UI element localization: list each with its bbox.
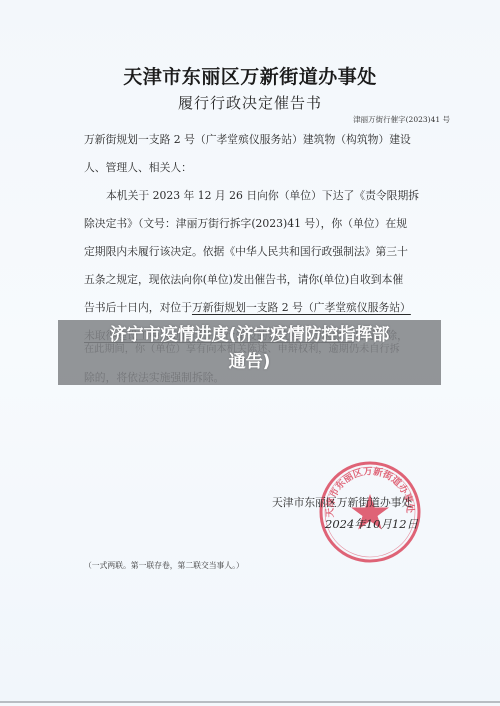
body-line-2: 人、管理人、相关人： xyxy=(84,154,432,182)
headline-overlay-text[interactable]: 济宁市疫情进度(济宁疫情防控指挥部 通告) xyxy=(58,322,441,376)
headline-line-2: 通告) xyxy=(58,349,441,376)
body-line-3: 本机关于 2023 年 12 月 26 日向你（单位）下达了《责令限期拆 xyxy=(84,182,432,210)
signature-organization: 天津市东丽区万新街道办事处 xyxy=(272,495,412,510)
footnote: （一式两联。第一联存卷，第二联交当事人。） xyxy=(84,560,244,571)
headline-line-1: 济宁市疫情进度(济宁疫情防控指挥部 xyxy=(58,322,441,349)
official-seal-icon: 天津市东丽区万新街道办事处 xyxy=(318,460,422,564)
body-line-6: 五条之规定，现依法向你(单位)发出催告书，请你(单位)自收到本催 xyxy=(84,266,432,294)
document-title: 天津市东丽区万新街道办事处 xyxy=(0,62,500,89)
signature-date: 2024年10月12日 xyxy=(325,516,418,532)
body-line-4: 除决定书》（文号：津丽万街行拆字(2023)41 号），你（单位）在规 xyxy=(84,210,432,238)
body-line-5: 定期限内未履行该决定。依据《中华人民共和国行政强制法》第三十 xyxy=(84,238,432,266)
page-bottom-edge xyxy=(0,701,500,703)
document-subtitle: 履行行政决定催告书 xyxy=(0,92,500,113)
underlined-address: 万新街规划一支路 2 号（广孝堂殡仪服务站） xyxy=(192,301,411,314)
body-line-7: 告书后十日内，对位于万新街规划一支路 2 号（广孝堂殡仪服务站） xyxy=(84,294,432,322)
document-number: 津丽万街行催字(2023)41 号 xyxy=(353,114,450,125)
body-line-1: 万新街规划一支路 2 号（广孝堂殡仪服务站）建筑物（构筑物）建设 xyxy=(84,126,432,154)
body-line-7-prefix: 告书后十日内，对位于 xyxy=(84,301,192,314)
document-body: 万新街规划一支路 2 号（广孝堂殡仪服务站）建筑物（构筑物）建设 人、管理人、相… xyxy=(84,126,432,350)
